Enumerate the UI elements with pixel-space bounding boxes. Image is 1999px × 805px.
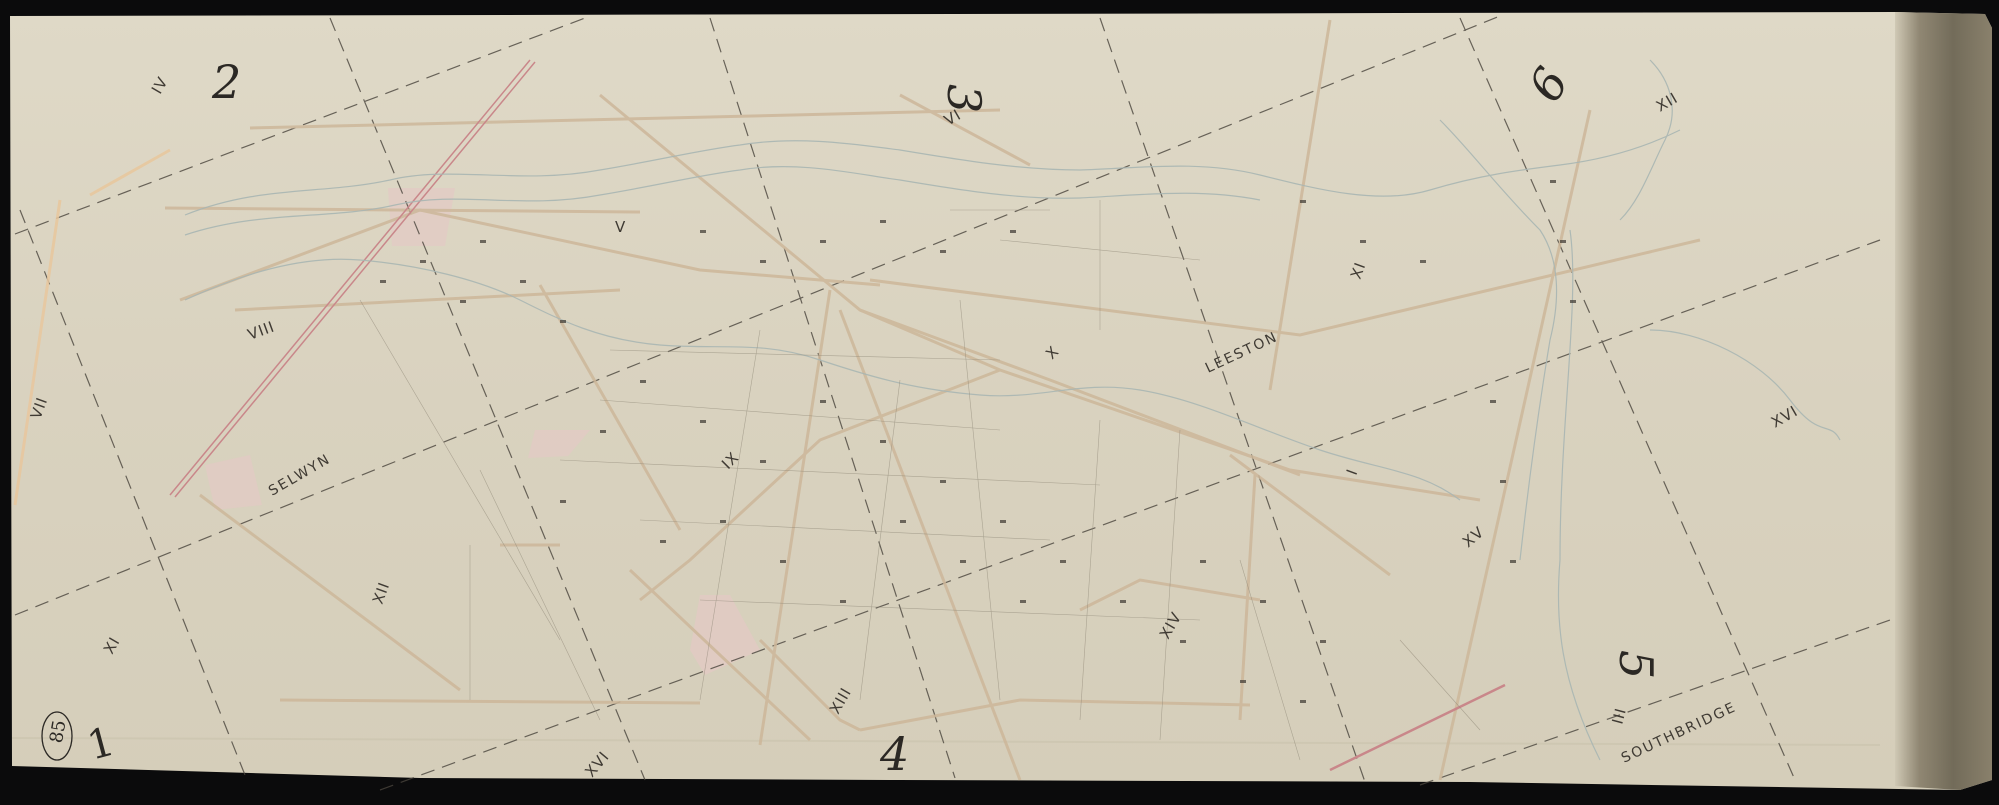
sheet-number-5: 5	[1609, 650, 1663, 679]
label-block-v: V	[615, 218, 626, 236]
sheet-number-4: 4	[879, 727, 909, 781]
survey-map: IV VII VIII V VI IX X XI XII XIII XIV XV…	[0, 0, 1999, 805]
edge-stain	[1895, 12, 1992, 790]
paper-sheet	[10, 12, 1992, 790]
sheet-number-3: 3	[937, 84, 991, 113]
sheet-number-2: 2	[211, 55, 241, 109]
sheet-number-circle: 85	[46, 719, 71, 745]
